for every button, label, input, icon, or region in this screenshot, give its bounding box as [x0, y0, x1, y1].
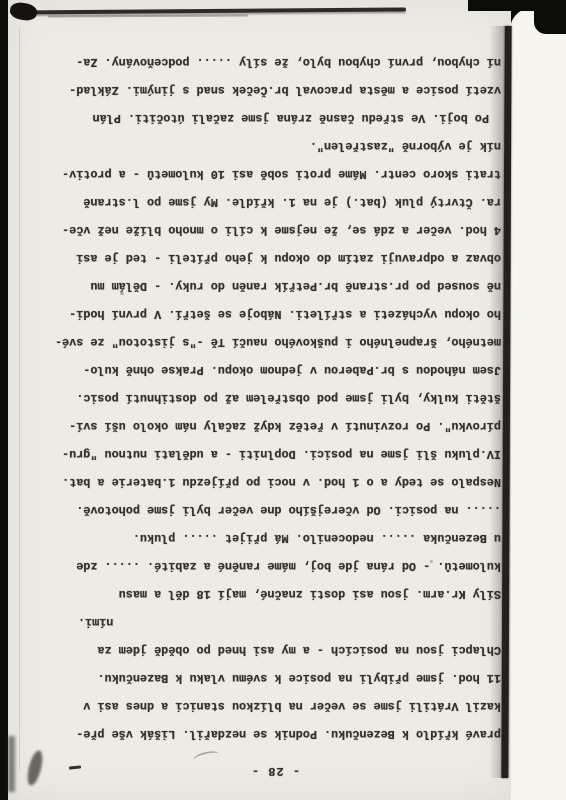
- text-line: pravé křídlo k Bezenčuku. Podnik se nezd…: [58, 720, 501, 748]
- page-number: - 28 -: [24, 764, 527, 778]
- text-line: 4 hod. večer a zdá se, že nejsme k cíli …: [58, 216, 501, 244]
- text-line: 11 hod. jsme přibyli na posice k svému v…: [58, 664, 501, 692]
- text-line: ně soused po pr.straně br.Petřík raněn d…: [58, 272, 501, 300]
- text-line: ra. Čtvrtý pluk (bat.) je na 1. křídle. …: [58, 188, 501, 216]
- text-line: vzetí posice a města pracoval br.Čeček s…: [58, 76, 501, 104]
- text-line: trati skoro centr. Máme proti sobě asi 1…: [58, 160, 501, 188]
- scan-artifact-speck: [120, 292, 124, 295]
- text-line: ní chybou, první chybou bylo, že síly ..…: [58, 48, 501, 76]
- text-line: pírovku". Po rozvinutí v řetěz když zača…: [58, 412, 501, 440]
- text-line: štěti kulky, byli jsme pod obstřelem až …: [58, 384, 501, 412]
- typewritten-text: pravé křídlo k Bezenčuku. Podnik se nezd…: [58, 48, 501, 748]
- text-line: obvaz a odpravuji zatím do okopu k jeho …: [58, 244, 501, 272]
- scan-artifact-speck: [430, 560, 433, 563]
- text-line: kazil Vrátili jsme se večer na blízkou s…: [58, 692, 501, 720]
- text-line: kulometů. - Od rána jde boj, máme raněné…: [58, 552, 501, 580]
- text-line: ..... na posici. Od včerejšího dne večer…: [58, 496, 501, 524]
- text-line: Chlapci jsou na posicích - a my asi hned…: [58, 636, 501, 664]
- text-line: Nespalo se tedy a o 1 hod. v noci po pří…: [58, 468, 501, 496]
- text-line: ho okopu vycházeti a stříleti. Náboje se…: [58, 300, 501, 328]
- scanned-page: - 28 - pravé křídlo k Bezenčuku. Podnik …: [8, 0, 511, 800]
- text-line: ník je výborně "zastřelen".: [58, 132, 501, 160]
- text-line: Jsem náhodou s br.Paberou v jednom okopu…: [58, 356, 501, 384]
- adjacent-page-edge: [510, 8, 566, 800]
- paper-crease: [19, 28, 20, 770]
- text-line: IV.pluku šli jsme na posici. Doplniti - …: [58, 440, 501, 468]
- text-line: metného, šrapnelného i puškového naučí T…: [58, 328, 501, 356]
- scanner-edge-corner: [534, 0, 566, 34]
- scan-artifact-smudge-edge: [8, 736, 15, 792]
- text-line: Síly Kr.arm. jsou asi dosti značné, mají…: [58, 580, 501, 608]
- text-line: ními.: [58, 608, 501, 636]
- text-line: Po boji. Ve středu časně zrána jsme zača…: [58, 104, 501, 132]
- text-line: u Bezenčuka ..... nedocenilo. Má přijet …: [58, 524, 501, 552]
